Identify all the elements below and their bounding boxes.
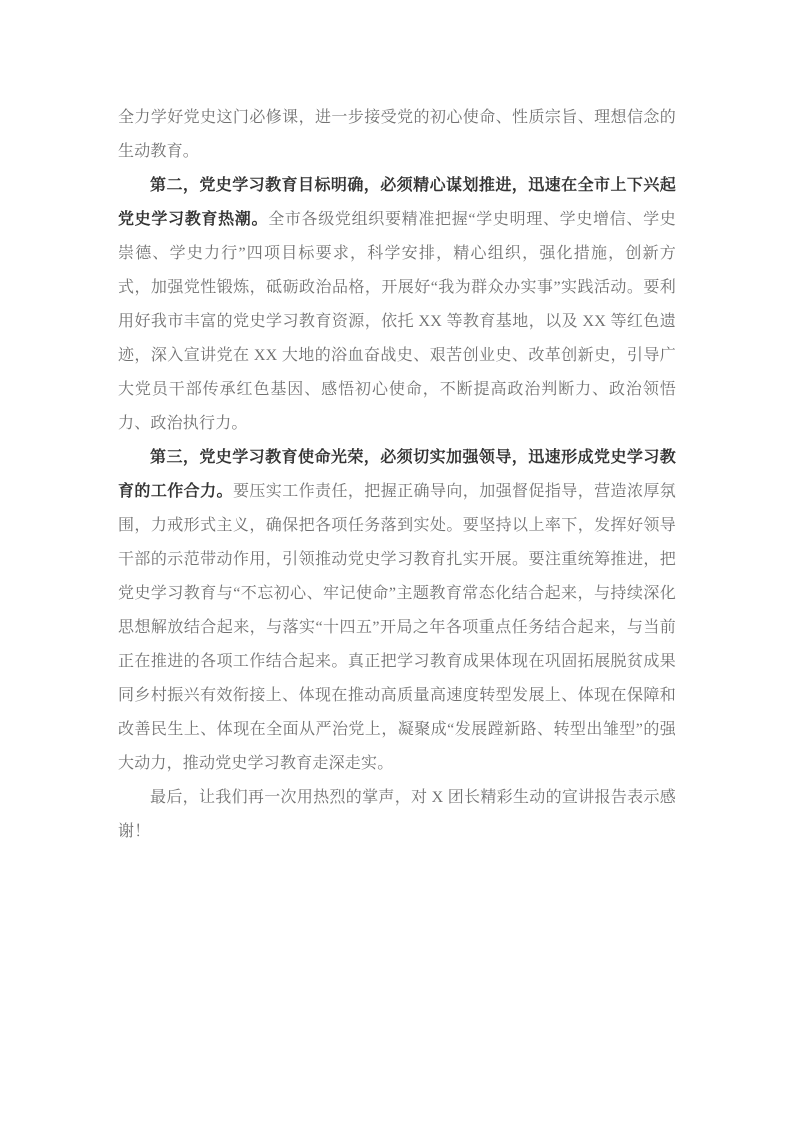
document-page: 全力学好党史这门必修课，进一步接受党的初心使命、性质宗旨、理想信念的生动教育。 … (0, 0, 793, 1122)
document-body: 全力学好党史这门必修课，进一步接受党的初心使命、性质宗旨、理想信念的生动教育。 … (118, 101, 676, 849)
paragraph-continuation: 全力学好党史这门必修课，进一步接受党的初心使命、性质宗旨、理想信念的生动教育。 (118, 101, 676, 169)
paragraph-third-point: 第三，党史学习教育使命光荣，必须切实加强领导，迅速形成党史学习教育的工作合力。要… (118, 441, 676, 781)
paragraph-closing: 最后，让我们再一次用热烈的掌声，对 X 团长精彩生动的宣讲报告表示感谢！ (118, 781, 676, 849)
paragraph-text: 全力学好党史这门必修课，进一步接受党的初心使命、性质宗旨、理想信念的生动教育。 (118, 109, 676, 160)
paragraph-text: 全市各级党组织要精准把握“学史明理、学史增信、学史崇德、学史力行”四项目标要求，… (118, 211, 676, 432)
paragraph-second-point: 第二，党史学习教育目标明确，必须精心谋划推进，迅速在全市上下兴起党史学习教育热潮… (118, 169, 676, 441)
paragraph-text: 最后，让我们再一次用热烈的掌声，对 X 团长精彩生动的宣讲报告表示感谢！ (118, 789, 676, 840)
paragraph-text: 要压实工作责任，把握正确导向，加强督促指导，营造浓厚氛围，力戒形式主义，确保把各… (118, 483, 676, 772)
